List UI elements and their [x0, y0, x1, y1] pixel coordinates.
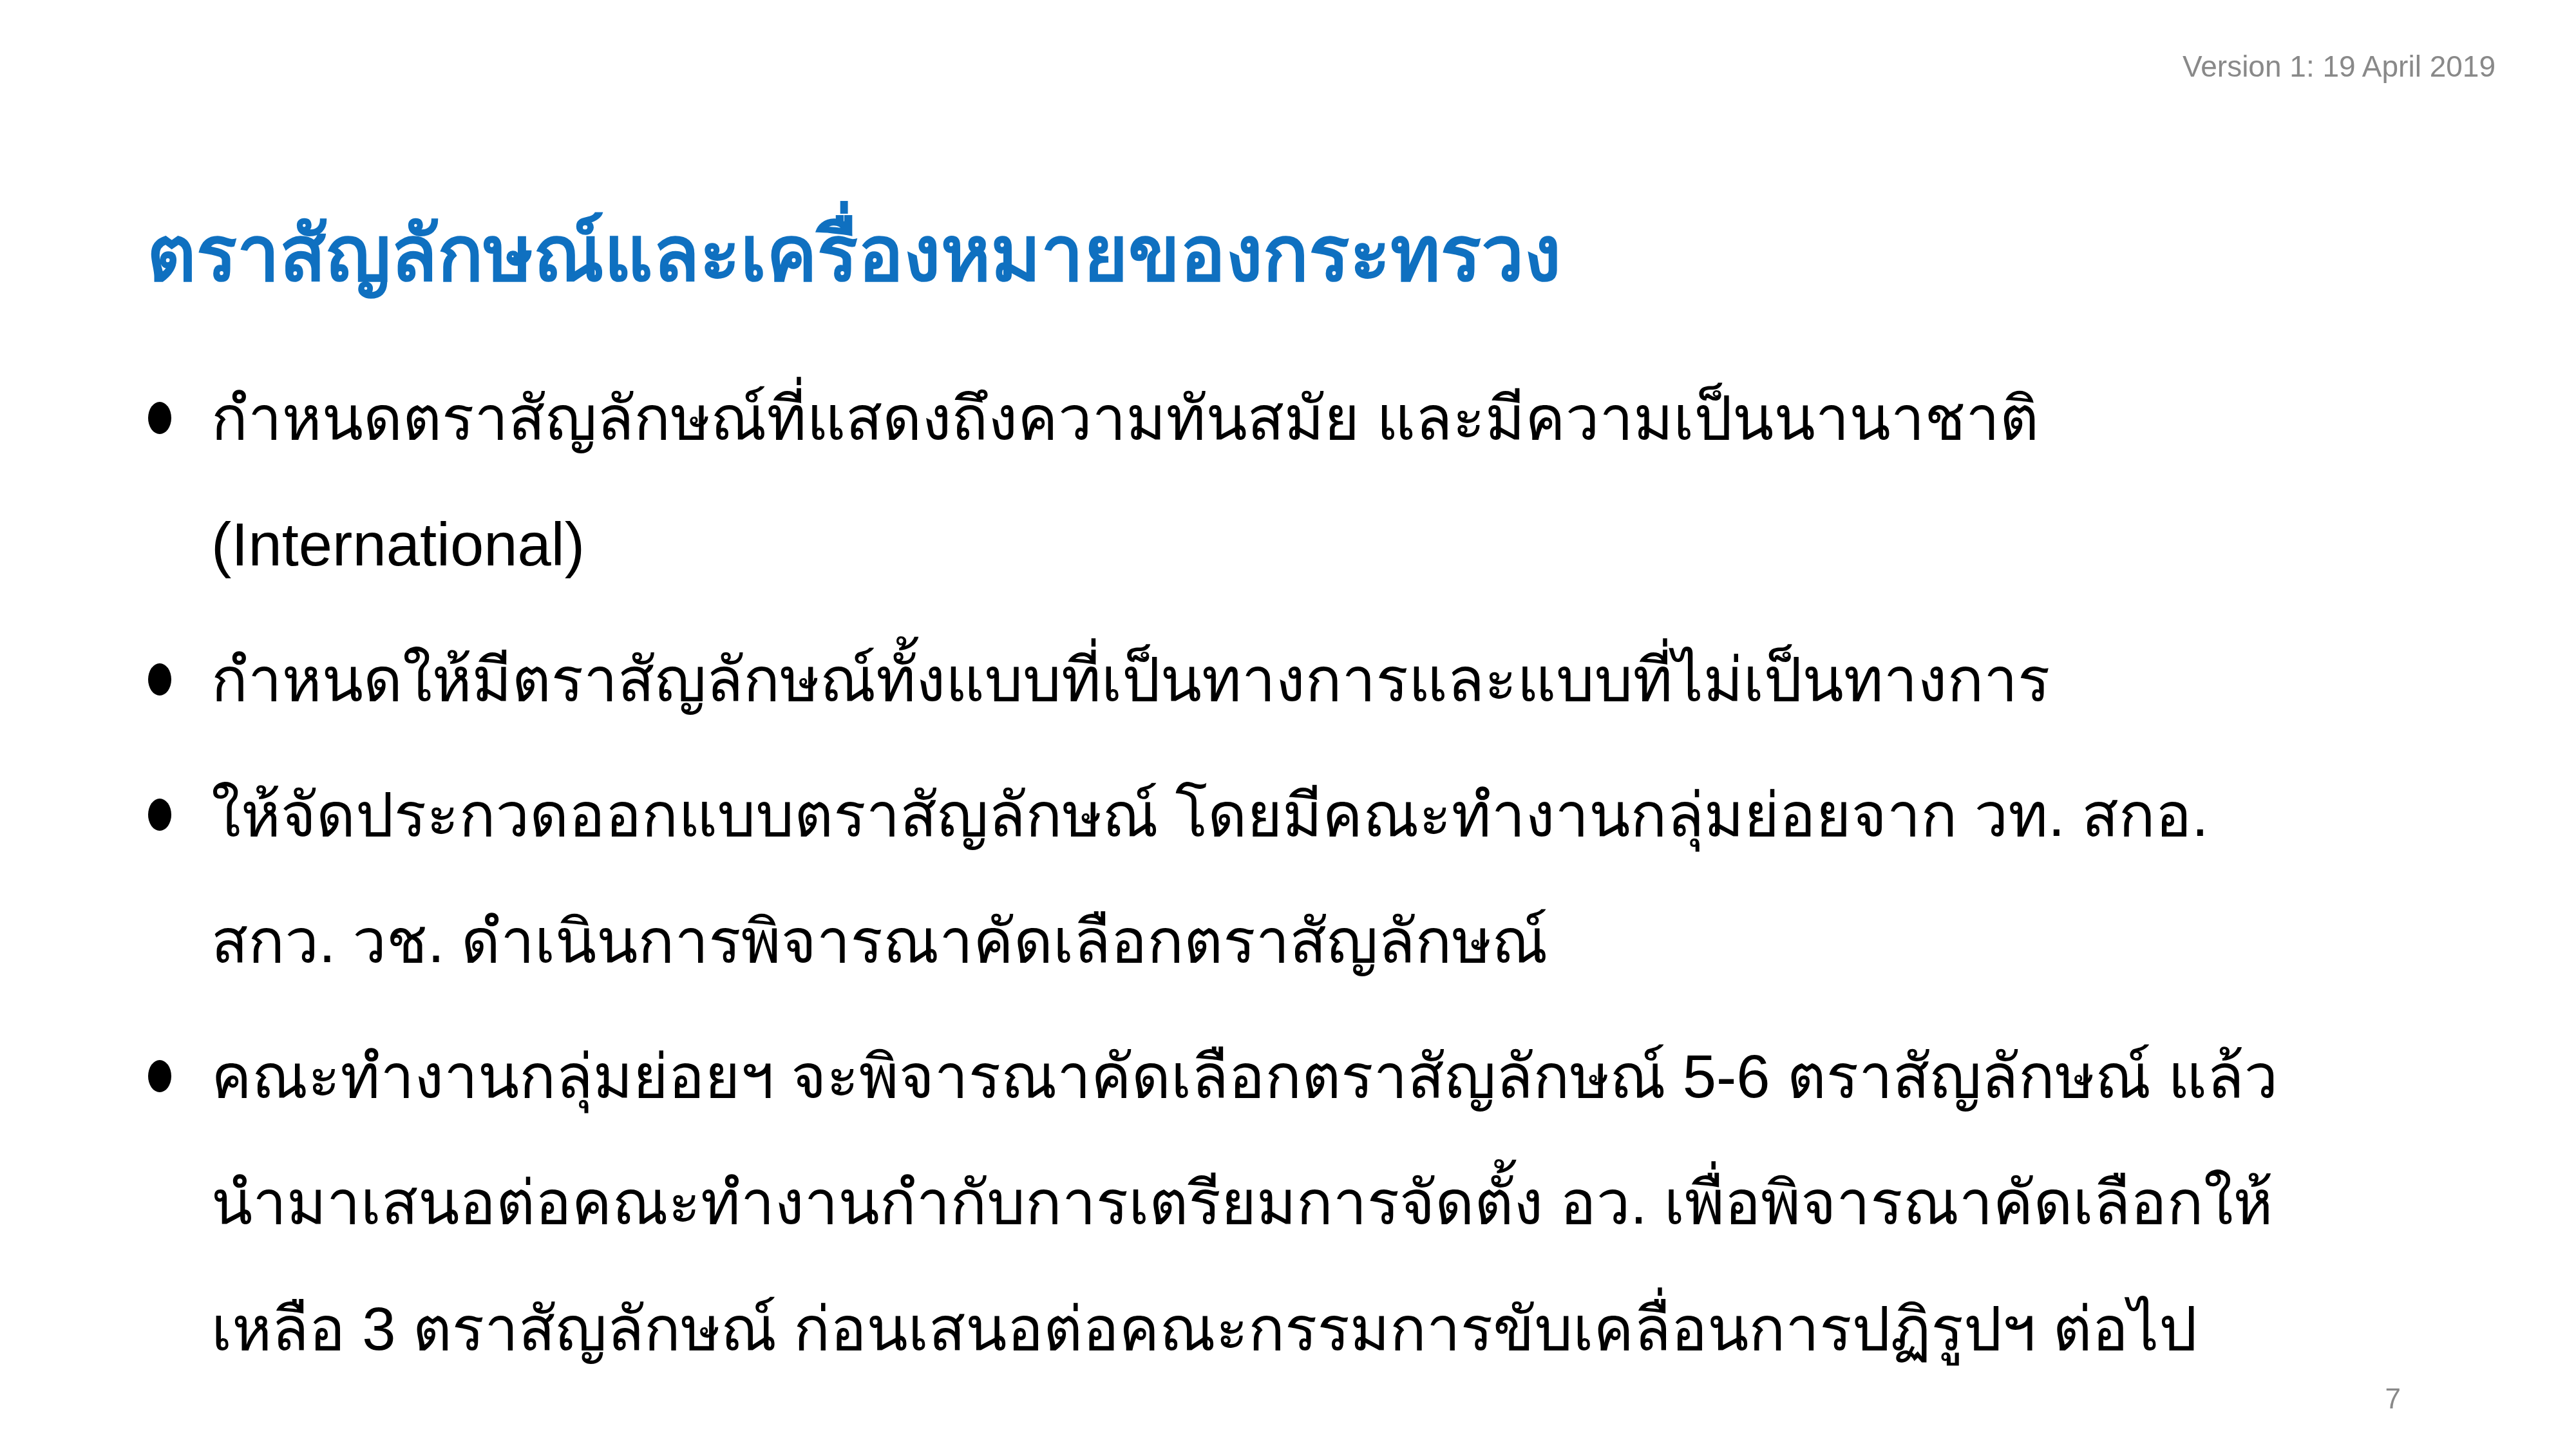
list-item: กำหนดตราสัญลักษณ์ที่แสดงถึงความทันสมัย แ…	[148, 355, 2467, 608]
list-item: กำหนดให้มีตราสัญลักษณ์ทั้งแบบที่เป็นทางก…	[148, 617, 2467, 743]
bullet-text: กำหนดให้มีตราสัญลักษณ์ทั้งแบบที่เป็นทางก…	[211, 617, 2050, 743]
page-title: ตราสัญลักษณ์และเครื่องหมายของกระทรวง	[147, 205, 2465, 304]
bullet-text: กำหนดตราสัญลักษณ์ที่แสดงถึงความทันสมัย แ…	[211, 355, 2039, 608]
bullet-dot-icon	[148, 799, 171, 831]
bullet-text: คณะทำงานกลุ่มย่อยฯ จะพิจารณาคัดเลือกตราส…	[211, 1014, 2278, 1392]
bullet-dot-icon	[148, 1060, 171, 1092]
list-item: ให้จัดประกวดออกแบบตราสัญลักษณ์ โดยมีคณะท…	[148, 752, 2467, 1005]
list-item: คณะทำงานกลุ่มย่อยฯ จะพิจารณาคัดเลือกตราส…	[148, 1014, 2467, 1392]
bullet-text: ให้จัดประกวดออกแบบตราสัญลักษณ์ โดยมีคณะท…	[211, 752, 2208, 1005]
bullet-list: กำหนดตราสัญลักษณ์ที่แสดงถึงความทันสมัย แ…	[148, 355, 2467, 1401]
bullet-dot-icon	[148, 663, 171, 696]
version-label: Version 1: 19 April 2019	[2183, 49, 2495, 84]
page-number: 7	[2385, 1383, 2401, 1416]
presentation-slide: Version 1: 19 April 2019 ตราสัญลักษณ์และ…	[0, 0, 2576, 1449]
bullet-dot-icon	[148, 402, 171, 434]
